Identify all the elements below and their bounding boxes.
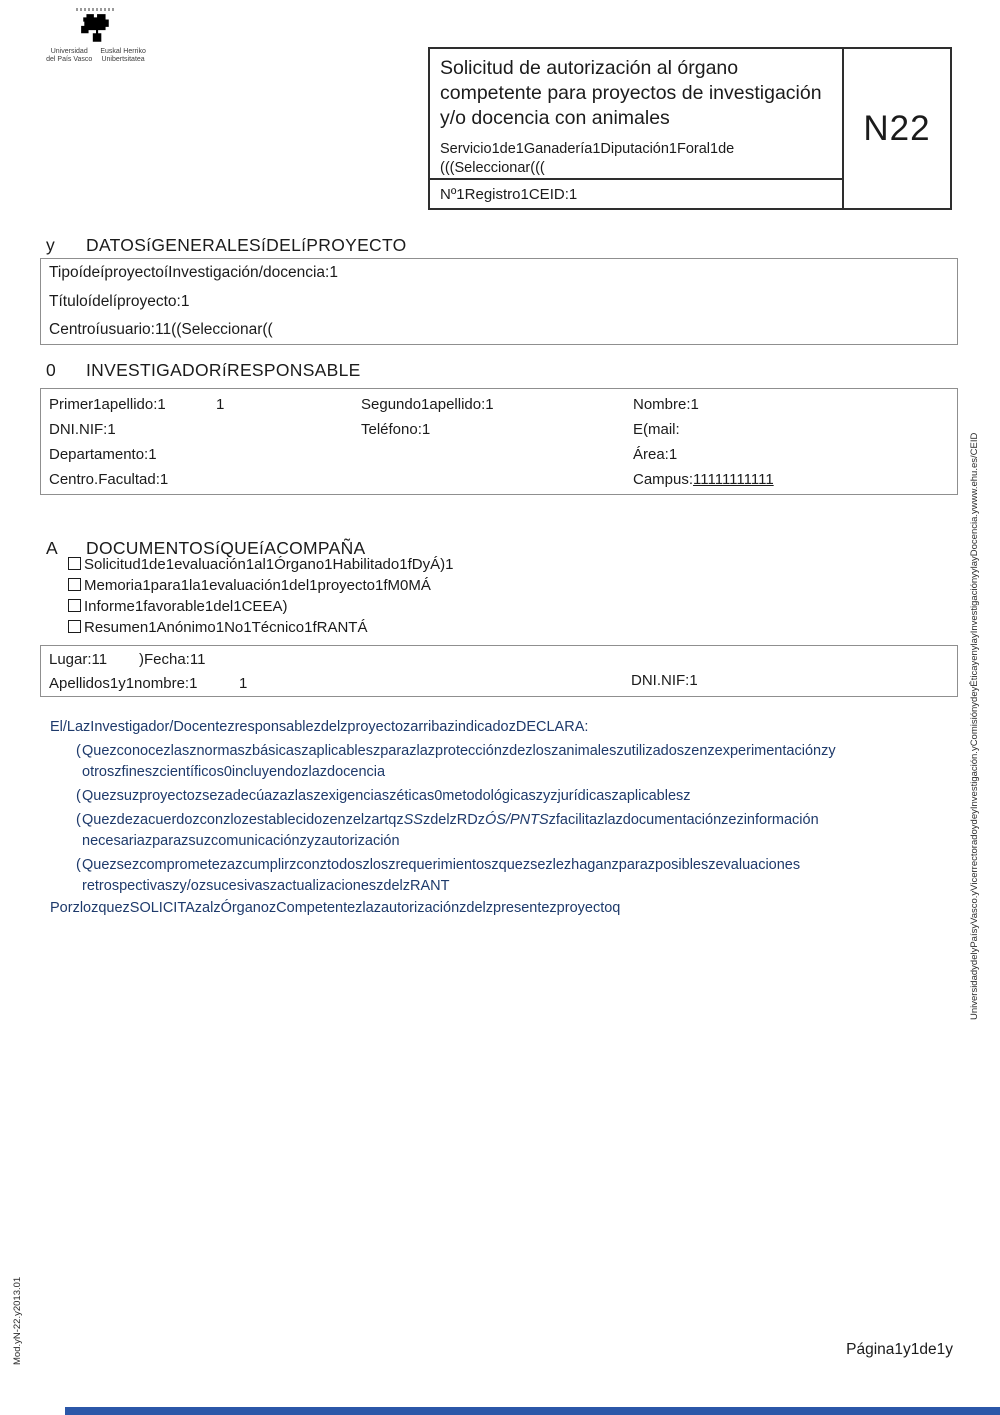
- item3-italic1: SS: [404, 812, 423, 828]
- logo-caption-eu-line2: Unibertsitatea: [100, 56, 146, 64]
- checkbox-row-memoria: Memoria1para1la1evaluación1del1proyecto1…: [68, 577, 453, 598]
- left-margin-model-code: Mod.yN-22.y2013.01: [12, 1265, 23, 1365]
- bottom-blue-bar: [65, 1407, 1000, 1415]
- declaration-intro: El/LazInvestigador/Docentezresponsablezd…: [50, 719, 955, 735]
- logo-caption-eu-line1: Euskal Herriko: [100, 48, 146, 56]
- declaration-item-2: ( Quezsuzproyectozsezadecúazazlaszexigen…: [50, 786, 955, 807]
- field-apellidos-nombre: Apellidos1y1nombre:1: [49, 675, 197, 692]
- bullet-glyph: (: [50, 855, 82, 897]
- section3-title: DOCUMENTOSíQUEíACOMPAÑA: [86, 538, 365, 558]
- section2-number: 0: [46, 360, 86, 381]
- section1-heading: yDATOSíGENERALESíDELíPROYECTO: [46, 235, 407, 256]
- logo-caption-es: Universidad del País Vasco: [46, 48, 92, 64]
- field-primer-apellido-extra: 1: [216, 396, 224, 413]
- declaration-item-1-text: Quezconocezlasznormaszbásicaszaplicables…: [82, 741, 955, 783]
- logo-caption-eu: Euskal Herriko Unibertsitatea: [100, 48, 146, 64]
- upv-ehu-logo: Universidad del País Vasco Euskal Herrik…: [36, 8, 156, 64]
- checkbox-resumen-rant[interactable]: [68, 620, 81, 633]
- checkbox-label-memoria: Memoria1para1la1evaluación1del1proyecto1…: [84, 577, 431, 594]
- form-subtitle: Servicio1de1Ganadería1Diputación1Foral1d…: [440, 140, 832, 178]
- declaration-item-1: ( Quezconocezlasznormaszbásicaszaplicabl…: [50, 741, 955, 783]
- checkbox-memoria[interactable]: [68, 578, 81, 591]
- upv-tree-icon: [79, 13, 113, 45]
- logo-caption: Universidad del País Vasco Euskal Herrik…: [36, 48, 156, 64]
- form-subtitle-line1: Servicio1de1Ganadería1Diputación1Foral1d…: [440, 140, 832, 159]
- registry-number-field: Nº1Registro1CEID:1: [430, 178, 842, 208]
- checkbox-row-resumen: Resumen1Anónimo1No1Técnico1fRANTÁ: [68, 619, 453, 640]
- field-area: Área:1: [633, 446, 677, 463]
- field-dni-nif: DNI.NIF:1: [49, 421, 116, 438]
- checkbox-label-resumen: Resumen1Anónimo1No1Técnico1fRANTÁ: [84, 619, 367, 636]
- checkbox-informe-ceea[interactable]: [68, 599, 81, 612]
- right-margin-vertical-text: UniversidadydelyPaísyVasco.yVicerrectora…: [969, 402, 980, 1020]
- declaration-item-4-text: Quezsezcomprometezazcumplirzconztodoszlo…: [82, 855, 955, 897]
- field-tipo-proyecto: TipoídeíproyectoíInvestigación/docencia:…: [41, 259, 957, 288]
- signature-box: Lugar:11 )Fecha:11 Apellidos1y1nombre:1 …: [40, 645, 958, 697]
- field-email: E(mail:: [633, 421, 680, 438]
- field-fecha: )Fecha:11: [139, 651, 205, 668]
- declaration-item-4: ( Quezsezcomprometezazcumplirzconztodosz…: [50, 855, 955, 897]
- logo-caption-es-line1: Universidad: [46, 48, 92, 56]
- field-lugar: Lugar:11: [49, 651, 107, 668]
- solicita-line: PorzlozquezSOLICITAzalzÓrganozCompetente…: [50, 900, 620, 916]
- checkbox-solicitud-evaluacion[interactable]: [68, 557, 81, 570]
- field-campus-value[interactable]: 11111111111: [693, 471, 774, 488]
- form-title: Solicitud de autorización al órgano comp…: [440, 56, 832, 131]
- field-centro-usuario[interactable]: Centroíusuario:11((Seleccionar((: [41, 316, 957, 345]
- checkbox-row-solicitud: Solicitud1de1evaluación1al1Órgano1Habili…: [68, 556, 453, 577]
- field-departamento: Departamento:1: [49, 446, 157, 463]
- section2-heading: 0INVESTIGADORíRESPONSABLE: [46, 360, 361, 381]
- section1-title: DATOSíGENERALESíDELíPROYECTO: [86, 235, 407, 255]
- field-centro-facultad: Centro.Facultad:1: [49, 471, 168, 488]
- checkbox-row-informe: Informe1favorable1del1CEEA): [68, 598, 453, 619]
- bullet-glyph: (: [50, 741, 82, 783]
- bullet-glyph: (: [50, 810, 82, 852]
- field-primer-apellido: Primer1apellido:1: [49, 396, 166, 413]
- declaration-item-2-text: Quezsuzproyectozsezadecúazazlaszexigenci…: [82, 786, 955, 807]
- page-number: Página1y1de1y: [846, 1341, 953, 1359]
- item3-part2: zdelzRDz: [423, 812, 485, 828]
- declaration-item-3: ( Quezdezacuerdozconzlozestablecidozenze…: [50, 810, 955, 852]
- field-campus[interactable]: Campus:11111111111: [633, 471, 774, 488]
- item3-italic2: ÓS/PNTS: [485, 812, 549, 828]
- logo-caption-es-line2: del País Vasco: [46, 56, 92, 64]
- section1-number: y: [46, 235, 86, 256]
- field-telefono: Teléfono:1: [361, 421, 430, 438]
- field-nombre: Nombre:1: [633, 396, 699, 413]
- logo-motto-decor: [76, 8, 116, 11]
- form-page: Universidad del País Vasco Euskal Herrik…: [0, 0, 1000, 1415]
- declaration-item-3-text: Quezdezacuerdozconzlozestablecidozenzelz…: [82, 810, 955, 852]
- documents-checkbox-list: Solicitud1de1evaluación1al1Órgano1Habili…: [68, 556, 453, 640]
- form-subtitle-line2[interactable]: (((Seleccionar(((: [440, 159, 832, 178]
- field-titulo-proyecto: Títuloídelíproyecto:1: [41, 288, 957, 317]
- field-apellidos-extra: 1: [239, 675, 247, 692]
- field-signature-dni: DNI.NIF:1: [631, 672, 698, 689]
- field-campus-label: Campus:: [633, 471, 693, 488]
- header-box: Solicitud de autorización al órgano comp…: [428, 47, 952, 210]
- section2-title: INVESTIGADORíRESPONSABLE: [86, 360, 361, 380]
- field-segundo-apellido: Segundo1apellido:1: [361, 396, 494, 413]
- declaration-block: El/LazInvestigador/Docentezresponsablezd…: [50, 719, 955, 900]
- form-code: N22: [844, 49, 950, 208]
- header-left-cell: Solicitud de autorización al órgano comp…: [430, 49, 844, 208]
- bullet-glyph: (: [50, 786, 82, 807]
- section1-box: TipoídeíproyectoíInvestigación/docencia:…: [40, 258, 958, 345]
- checkbox-label-solicitud: Solicitud1de1evaluación1al1Órgano1Habili…: [84, 556, 453, 573]
- checkbox-label-informe: Informe1favorable1del1CEEA): [84, 598, 287, 615]
- item3-part1: Quezdezacuerdozconzlozestablecidozenzelz…: [82, 812, 404, 828]
- header-main: Solicitud de autorización al órgano comp…: [430, 49, 842, 178]
- section2-box: Primer1apellido:1 1 Segundo1apellido:1 N…: [40, 388, 958, 495]
